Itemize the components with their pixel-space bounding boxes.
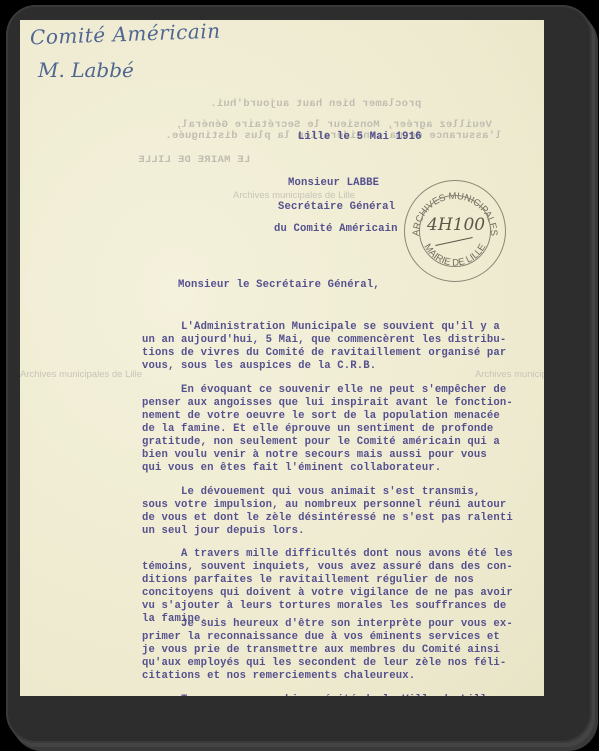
salutation: Monsieur le Secrétaire Général,	[178, 279, 380, 292]
text-line: nement de votre oeuvre le sort de la pop…	[142, 410, 500, 423]
text-line: Je suis heureux d'être son interprète po…	[142, 618, 513, 631]
text-line: de la famine. Et elle éprouve un sentime…	[142, 423, 493, 436]
text-line: primer la reconnaissance due à vos émine…	[142, 631, 500, 644]
text-line: un seul jour depuis lors.	[142, 525, 305, 538]
text-line: vu s'ajouter à leurs tortures morales le…	[142, 600, 506, 613]
text-line: tions de vivres du Comité de ravitaillem…	[142, 347, 506, 360]
addressee-title: Secrétaire Général	[278, 201, 395, 214]
text-line: citations et nos remerciements chaleureu…	[142, 670, 415, 683]
addressee-name: Monsieur LABBE	[288, 177, 379, 190]
text-line: sous votre impulsion, au nombreux person…	[142, 499, 506, 512]
bleedthrough-line: proclamer bien haut aujourd'hui.	[210, 98, 421, 110]
text-line: Le dévouement qui vous animait s'est tra…	[142, 486, 480, 499]
text-line: qu'aux employés qui les secondent de leu…	[142, 657, 506, 670]
text-line: vous, sous les auspices de la C.R.B.	[142, 360, 376, 373]
dateline: Lille le 5 Mai 1916	[298, 131, 422, 144]
text-line: gratitude, non seulement pour le Comité …	[142, 436, 500, 449]
text-line: En évoquant ce souvenir elle ne peut s'e…	[142, 384, 506, 397]
text-line: penser aux angoisses que lui inspirait a…	[142, 397, 513, 410]
text-line: un an aujourd'hui, 5 Mai, que commencère…	[142, 334, 506, 347]
text-line: qui vous en êtes fait l'éminent collabor…	[142, 462, 441, 475]
document-page: Comité Américain M. Labbé proclamer bien…	[20, 20, 544, 696]
text-line: ditions parfaites le ravitaillement régu…	[142, 574, 474, 587]
archive-stamp: ARCHIVES MUNICIPALES * MAIRIE DE LILLE *…	[404, 180, 506, 282]
text-line: L'Administration Municipale se souvient …	[142, 321, 500, 334]
text-line: A travers mille difficultés dont nous av…	[142, 548, 513, 561]
watermark: Archives municipales de Lille	[233, 190, 355, 201]
handwritten-note-committee: Comité Américain	[30, 20, 221, 49]
text-line: de vous et dont le zèle désintéressé ne …	[142, 512, 513, 525]
watermark: Archives municipales de Lille	[20, 369, 142, 380]
bleedthrough-line: LE MAIRE DE LILLE	[138, 154, 250, 166]
text-line: témoins, souvent inquiets, vous avez ass…	[142, 561, 513, 574]
watermark: Archives municipales de Lille	[475, 369, 544, 380]
handwritten-note-recipient: M. Labbé	[38, 58, 134, 82]
stamp-reference: 4H100	[427, 215, 485, 235]
text-line: concitoyens qui doivent à votre vigilanc…	[142, 587, 513, 600]
text-line: je vous prie de transmettre aux membres …	[142, 644, 500, 657]
text-line: bien voulu venir à notre secours mais au…	[142, 449, 487, 462]
addressee-org: du Comité Américain	[274, 223, 398, 236]
